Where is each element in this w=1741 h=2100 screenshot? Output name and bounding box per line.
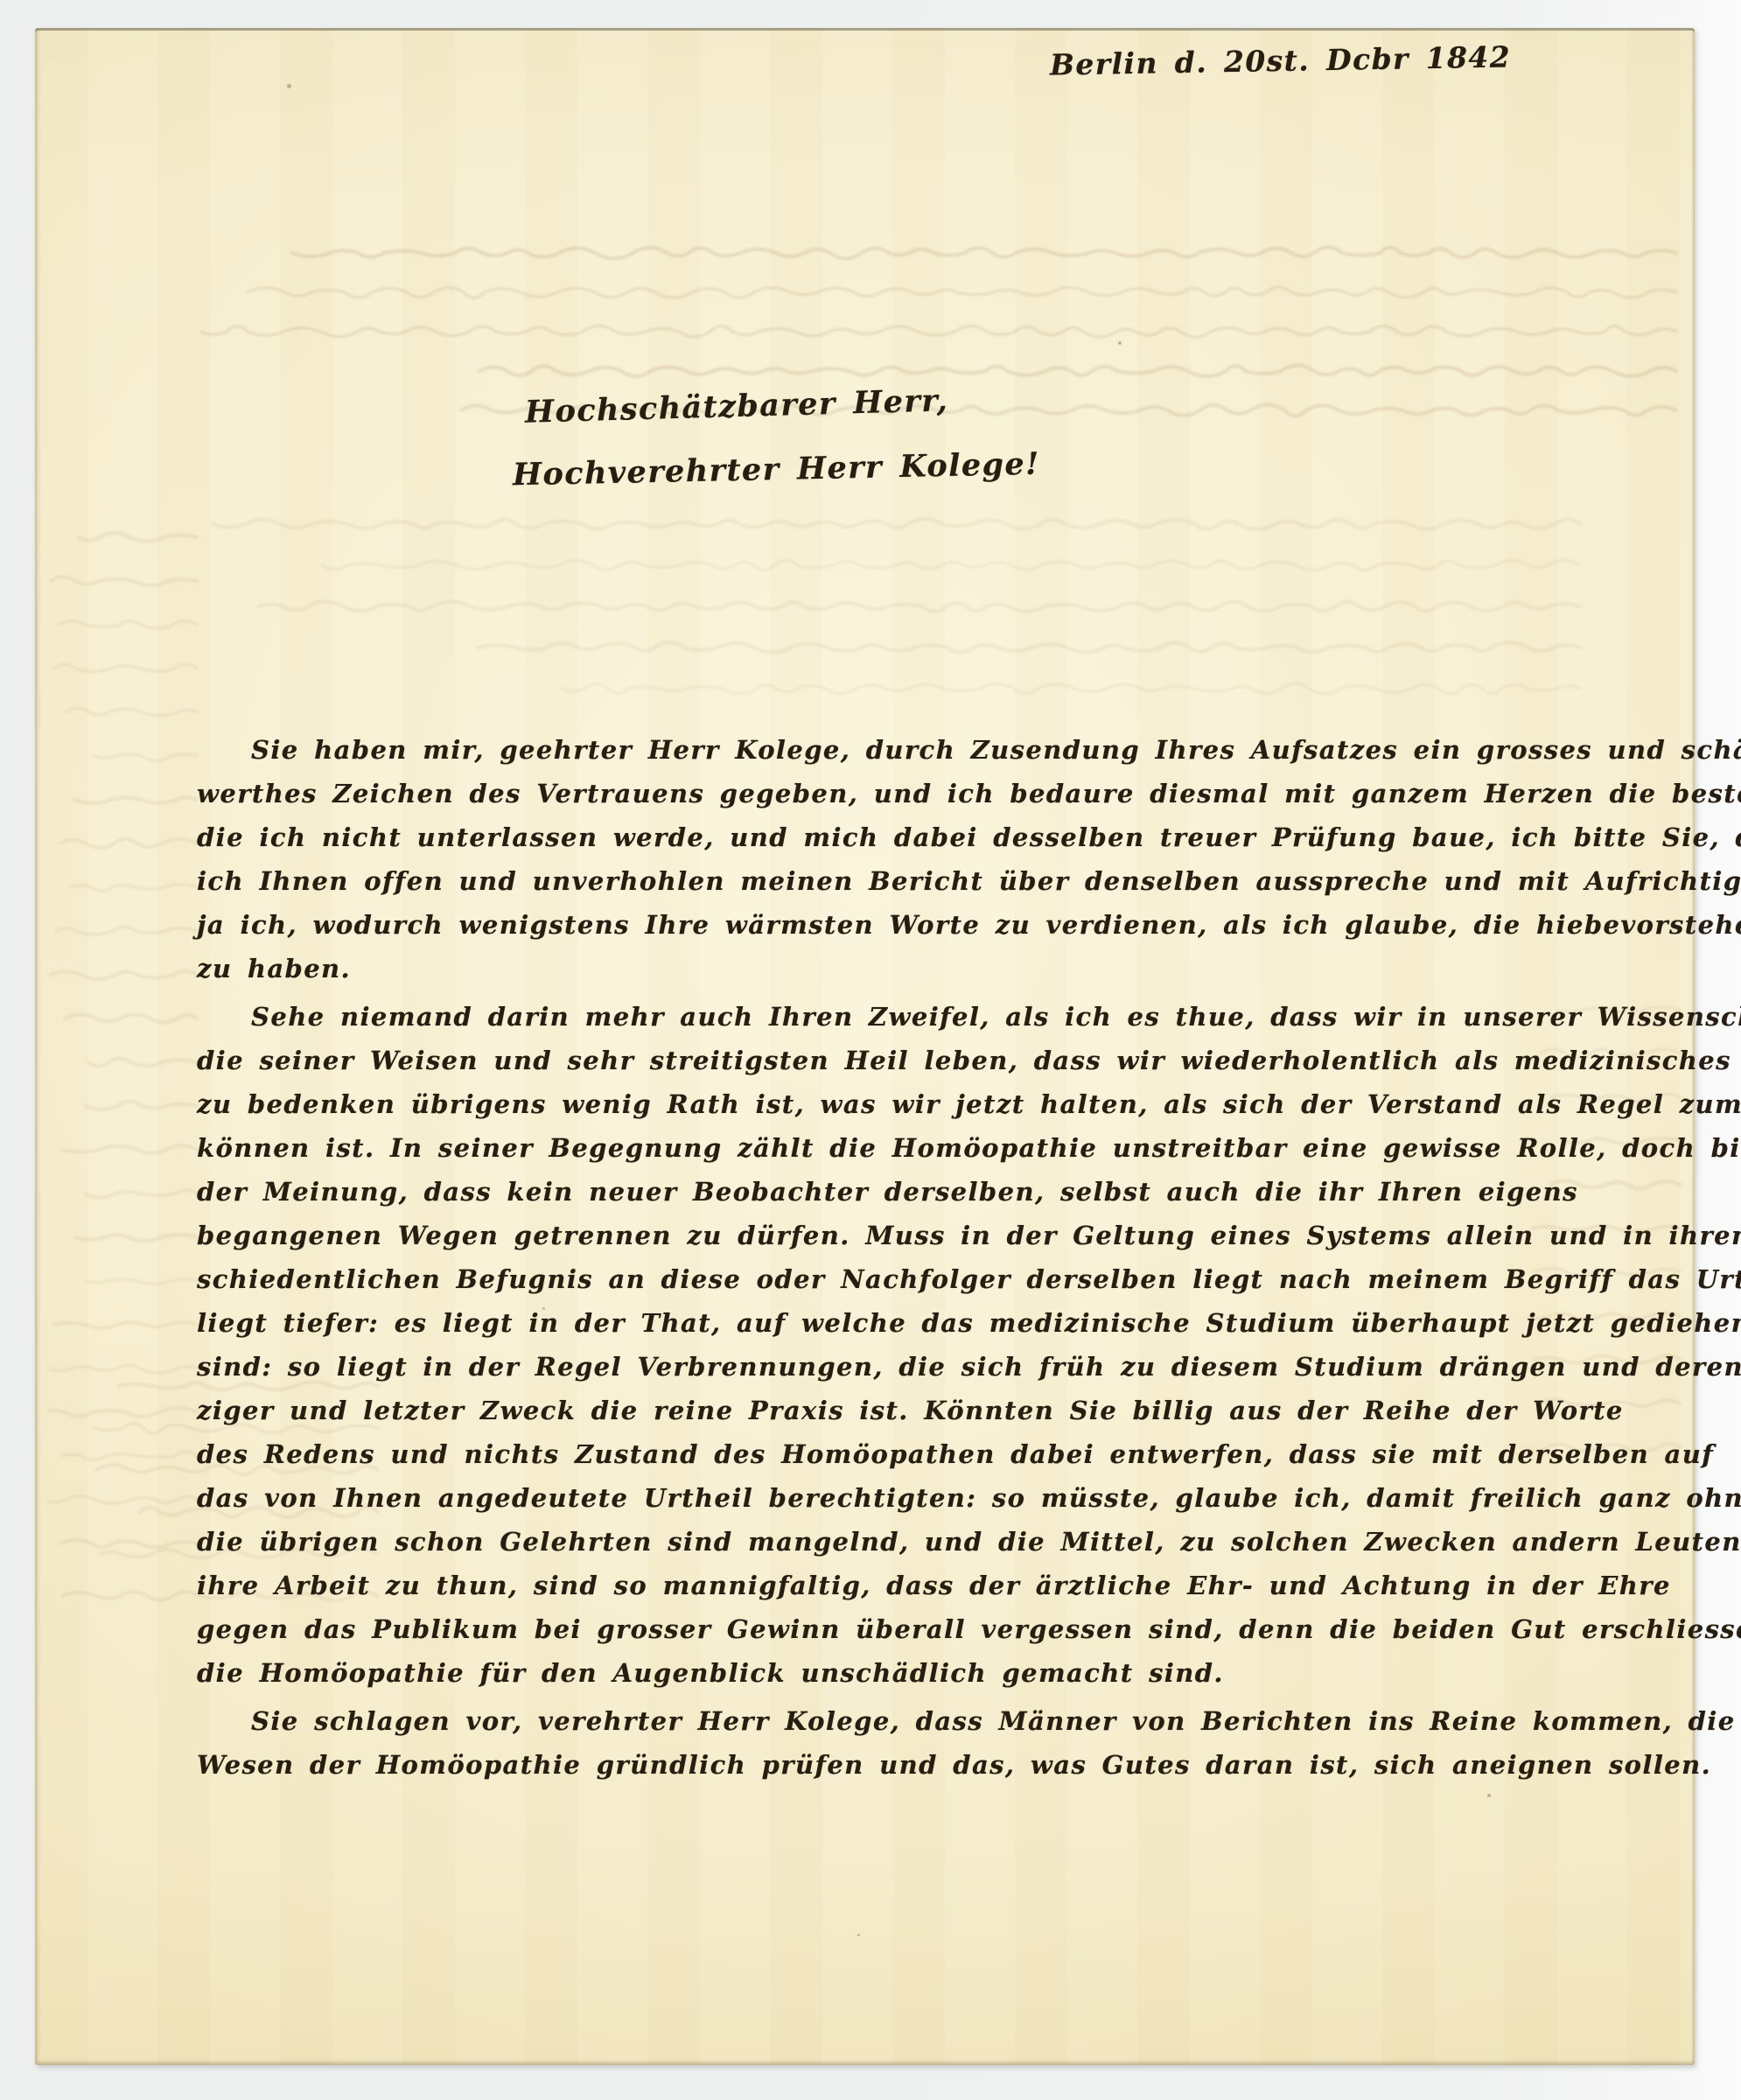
paragraph-1: Sie haben mir, geehrter Herr Kolege, dur… — [197, 728, 1640, 990]
paragraph-3: Sie schlagen vor, verehrter Herr Kolege,… — [197, 1699, 1640, 1787]
body-line: zu haben. — [197, 947, 1640, 990]
body-line: schiedentlichen Befugnis an diese oder N… — [197, 1257, 1640, 1301]
body-line: ja ich, wodurch wenigstens Ihre wärmsten… — [197, 903, 1640, 947]
body-line: die übrigen schon Gelehrten sind mangeln… — [197, 1520, 1640, 1564]
bleed-through-ink-mid — [184, 505, 1584, 715]
body-line: ich Ihnen offen und unverhohlen meinen B… — [197, 859, 1640, 903]
body-line: Sie haben mir, geehrter Herr Kolege, dur… — [197, 728, 1640, 772]
paragraph-2: Sehe niemand darin mehr auch Ihren Zweif… — [197, 995, 1640, 1695]
body-line: liegt tiefer: es liegt in der That, auf … — [197, 1301, 1640, 1345]
body-line: sind: so liegt in der Regel Verbrennunge… — [197, 1345, 1640, 1389]
scanned-letter-screenshot: { "document": { "kind": "handwritten let… — [0, 0, 1741, 2100]
body-line: werthes Zeichen des Vertrauens gegeben, … — [197, 772, 1640, 815]
body-line: zu bedenken übrigens wenig Rath ist, was… — [197, 1082, 1640, 1126]
body-line: die seiner Weisen und sehr streitigsten … — [197, 1039, 1640, 1082]
bleed-through-ink-left-margin — [47, 518, 200, 1603]
body-line: ziger und letzter Zweck die reine Praxis… — [197, 1389, 1640, 1432]
body-line: die Homöopathie für den Augenblick unsch… — [197, 1651, 1640, 1695]
body-line: gegen das Publikum bei grosser Gewinn üb… — [197, 1607, 1640, 1651]
body-line: das von Ihnen angedeutete Urtheil berech… — [197, 1476, 1640, 1520]
body-line: Sehe niemand darin mehr auch Ihren Zweif… — [197, 995, 1640, 1039]
body-line: begangenen Wegen getrennen zu dürfen. Mu… — [197, 1214, 1640, 1257]
body-line: der Meinung, dass kein neuer Beobachter … — [197, 1170, 1640, 1214]
foxing-spot — [857, 1934, 860, 1936]
body-line: des Redens und nichts Zustand des Homöop… — [197, 1432, 1640, 1476]
foxing-spot — [1118, 341, 1122, 345]
body-line: Sie schlagen vor, verehrter Herr Kolege,… — [197, 1699, 1640, 1743]
body-line: ihre Arbeit zu thun, sind so mannigfalti… — [197, 1564, 1640, 1607]
foxing-spot — [287, 84, 291, 88]
body-line: können ist. In seiner Begegnung zählt di… — [197, 1126, 1640, 1170]
body-line: Wesen der Homöopathie gründlich prüfen u… — [197, 1743, 1640, 1787]
body-line: die ich nicht unterlassen werde, und mic… — [197, 815, 1640, 859]
foxing-spot — [1487, 1794, 1491, 1797]
